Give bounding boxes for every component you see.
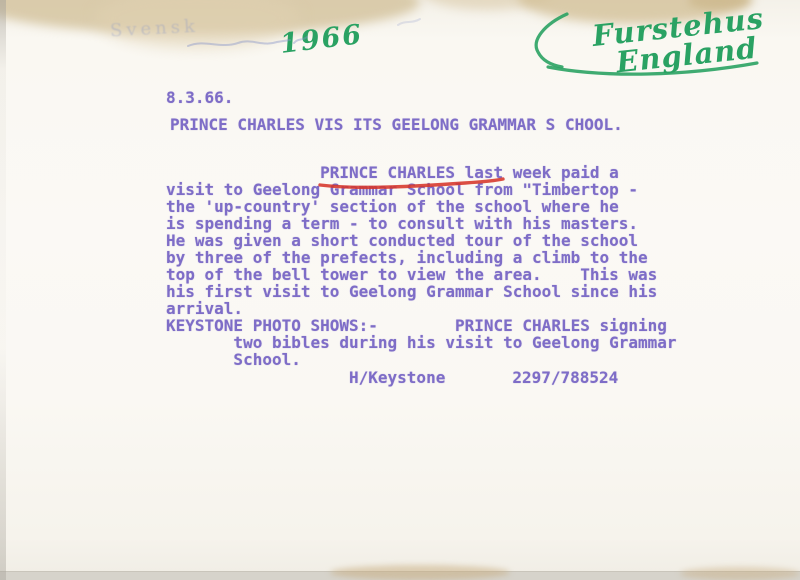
caption-line: School. — [166, 351, 677, 368]
caption-line: by three of the prefects, including a cl… — [166, 249, 677, 266]
caption-line: two bibles during his visit to Geelong G… — [166, 334, 677, 351]
caption-line: PRINCE CHARLES last week paid a — [166, 164, 677, 181]
edge-speckle — [680, 567, 800, 580]
caption-line: visit to Geelong Grammar School from "Ti… — [166, 181, 677, 198]
caption-line: the 'up-country' section of the school w… — [166, 198, 677, 215]
caption-headline: PRINCE CHARLES VIS ITS GEELONG GRAMMAR S… — [170, 115, 623, 134]
caption-body: PRINCE CHARLES last week paid avisit to … — [166, 164, 677, 368]
edge-speckle — [330, 565, 510, 580]
caption-line: KEYSTONE PHOTO SHOWS:- PRINCE CHARLES si… — [166, 317, 677, 334]
caption-date: 8.3.66. — [166, 88, 233, 107]
caption-line: arrival. — [166, 300, 677, 317]
caption-line: He was given a short conducted tour of t… — [166, 232, 677, 249]
caption-footer: H/Keystone2297/788524 — [166, 368, 618, 387]
caption-line: top of the bell tower to view the area. … — [166, 266, 677, 283]
caption-line: is spending a term - to consult with his… — [166, 215, 677, 232]
caption-line: his first visit to Geelong Grammar Schoo… — [166, 283, 677, 300]
scanned-photo-caption-sheet: Svensk 8.3.66. PRINCE CHARLES VIS ITS GE… — [0, 0, 800, 580]
paper-bottom-edge — [0, 571, 800, 580]
paper-left-edge — [0, 0, 6, 580]
agency-credit: H/Keystone — [349, 368, 445, 387]
reference-number: 2297/788524 — [512, 368, 618, 387]
